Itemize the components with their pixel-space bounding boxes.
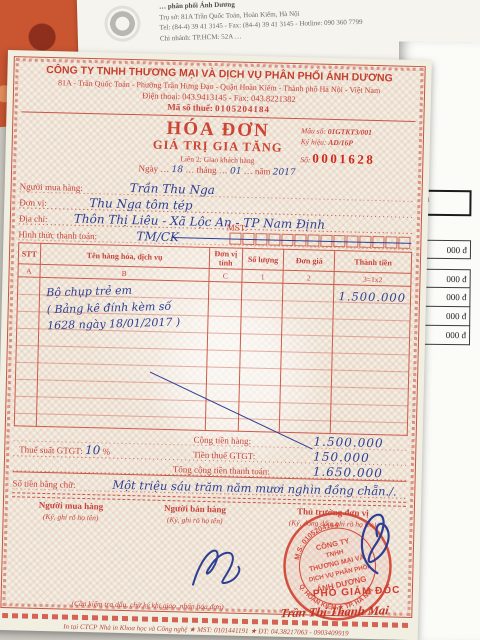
- director-signature: [345, 506, 402, 582]
- mst-boxes: [229, 232, 411, 248]
- photo-of-invoice: … phân phối Ánh Dương Trụ sở: 81A Trần Q…: [0, 0, 480, 640]
- vat-amount-handwritten: 150.000: [313, 450, 370, 465]
- invoice-paper: CÔNG TY TNHH THƯƠNG MẠI VÀ DỊCH VỤ PHÂN …: [0, 50, 432, 640]
- date-year-handwritten: 2017: [273, 168, 296, 179]
- item-amount-handwritten: 1.500.000: [335, 289, 409, 305]
- invoice-meta-block: Mẫu số: 01GTKT3/001 Ký hiệu: AD/16P Số: …: [300, 125, 413, 170]
- seller-signature: [185, 536, 256, 598]
- seller-signature-block: Người bán hàng (Ký, ghi rõ họ tên): [130, 502, 261, 527]
- items-table: STT Tên hàng hóa, dịch vụ Đơn vị tính Số…: [14, 242, 412, 436]
- items-body-row: Bộ chụp trẻ em ( Bảng kê đính kèm số 162…: [14, 277, 411, 436]
- item-description-handwritten: Bộ chụp trẻ em ( Bảng kê đính kèm số 162…: [46, 281, 207, 335]
- date-day-handwritten: 18: [171, 165, 183, 175]
- meta-invoice-number: Số: 0001628: [300, 148, 412, 170]
- invoice-number: 0001628: [312, 150, 375, 167]
- buyer-signature-block: Người mua hàng (Ký, ghi rõ họ tên): [12, 499, 131, 523]
- buyer-tax-code-row: MST:: [226, 222, 412, 249]
- date-month-handwritten: 01: [230, 166, 242, 176]
- letterhead-logo-icon: [107, 8, 138, 39]
- vat-rate-handwritten: 10: [85, 443, 101, 457]
